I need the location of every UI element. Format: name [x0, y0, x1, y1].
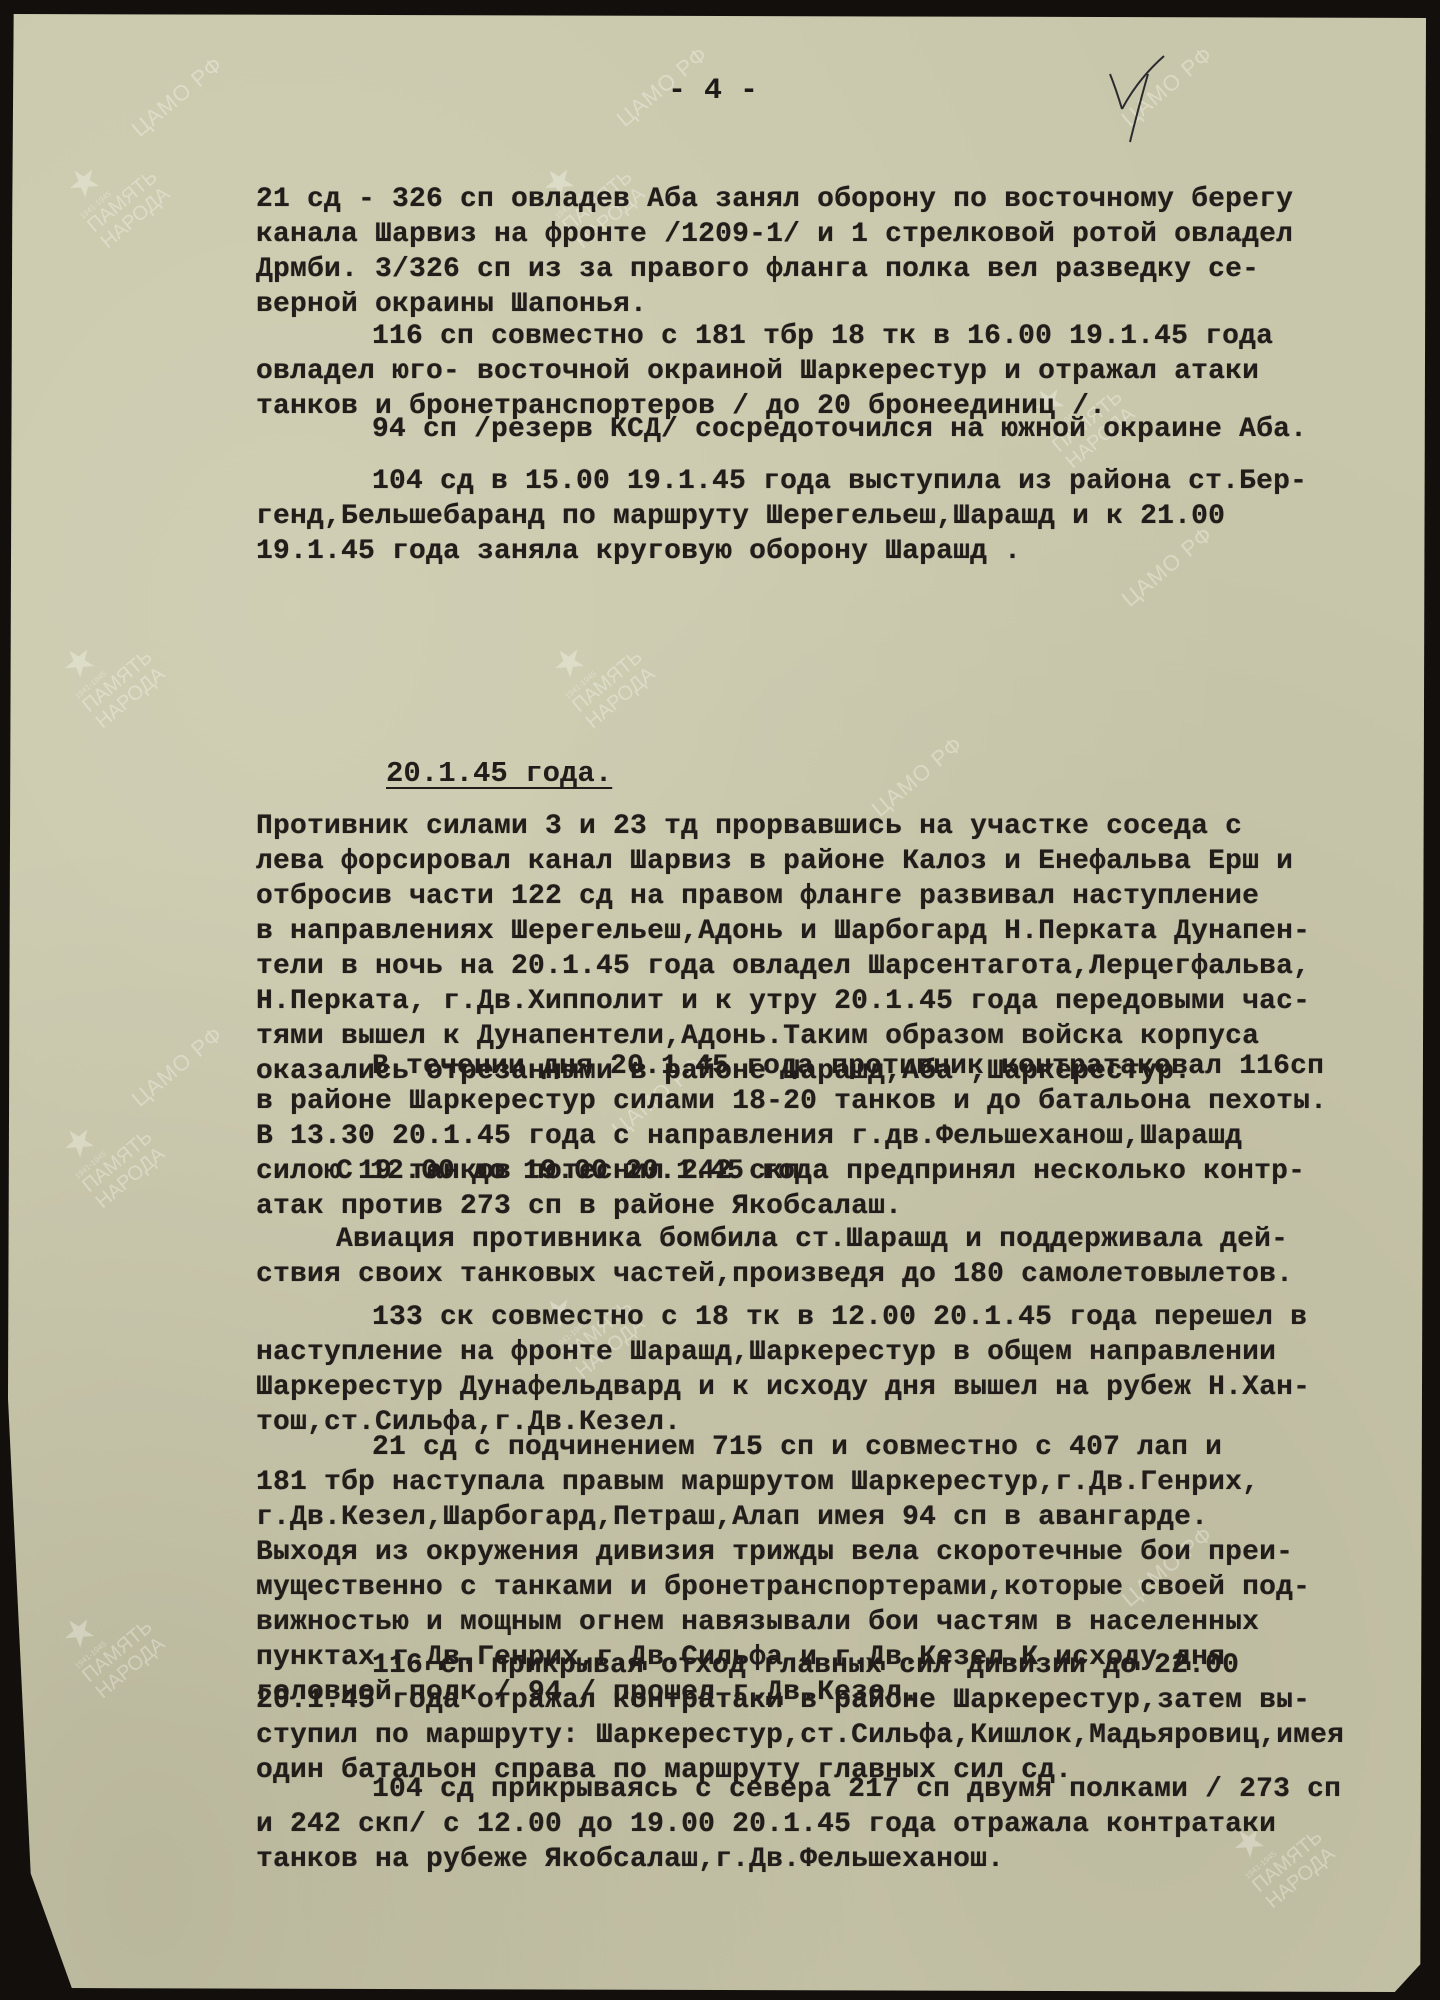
text-line: 21 сд с подчинением 715 сп и совместно с…	[372, 1432, 1222, 1463]
watermark-line2: НАРОДА	[582, 663, 659, 733]
paragraph-enemy-breakthrough: Противник силами 3 и 23 тд прорвавшись н…	[256, 809, 1416, 1089]
text-line: танков на рубеже Якобсалаш,г.Дв.Фельшеха…	[256, 1844, 1004, 1875]
paragraph-21sd: 21 сд - 326 сп овладев Аба занял оборону…	[256, 182, 1416, 322]
paragraph-94sp: 94 сп /резерв КСД/ сосредоточился на южн…	[256, 412, 1416, 447]
text-line: тями вышел к Дунапентели,Адонь.Таким обр…	[256, 1021, 1259, 1052]
watermark-years: 1941-1945	[74, 1610, 144, 1671]
watermark-camo: ЦАМО РФ	[868, 733, 967, 821]
watermark-line1: ПАМЯТЬ	[78, 1126, 157, 1197]
text-line: и 242 скп/ с 12.00 до 19.00 20.1.45 года…	[256, 1809, 1276, 1840]
text-line: 116 сп прикрывая отход главных сил дивиз…	[372, 1650, 1239, 1681]
star-icon: ★	[54, 1580, 138, 1660]
watermark-pamyat-naroda: ★ 1941-1945 ПАМЯТЬ НАРОДА	[53, 130, 176, 253]
text-line: В 13.30 20.1.45 года с направления г.дв.…	[256, 1121, 1242, 1152]
handwritten-check-mark-icon	[1108, 54, 1168, 144]
text-line: 94 сп /резерв КСД/ сосредоточился на южн…	[372, 414, 1307, 445]
text-line: 104 сд прикрываясь с севера 217 сп двумя…	[372, 1774, 1341, 1805]
watermark-line2: НАРОДА	[97, 183, 174, 253]
text-line: тели в ночь на 20.1.45 года овладел Шарс…	[256, 951, 1310, 982]
text-line: верной окраины Шапонья.	[256, 289, 647, 320]
date-heading: 20.1.45 года.	[386, 757, 612, 790]
watermark-line2: НАРОДА	[92, 1143, 169, 1213]
watermark-line1: ПАМЯТЬ	[568, 646, 647, 717]
watermark-pamyat-naroda: ★ 1941-1945 ПАМЯТЬ НАРОДА	[48, 610, 171, 733]
text-line: в направлениях Шерегельеш,Адонь и Шарбог…	[256, 916, 1310, 947]
watermark-years: 1941-1945	[74, 640, 144, 701]
text-line: 20.1.45 года отражал контратаки в районе…	[256, 1685, 1310, 1716]
text-line: С 12.00 до 19.00 20.1.45 года предпринял…	[336, 1156, 1305, 1187]
star-icon: ★	[54, 1090, 138, 1170]
watermark-line1: ПАМЯТЬ	[83, 166, 162, 237]
text-line: в районе Шаркерестур силами 18-20 танков…	[256, 1086, 1327, 1117]
paragraph-aviation: Авиация противника бомбила ст.Шарашд и п…	[256, 1222, 1416, 1292]
text-line: В течении дня 20.1.45 года противник кон…	[372, 1051, 1324, 1082]
paragraph-133sk: 133 ск совместно с 18 тк в 12.00 20.1.45…	[256, 1300, 1416, 1440]
watermark-camo: ЦАМО РФ	[128, 1023, 227, 1111]
watermark-line1: ПАМЯТЬ	[78, 1616, 157, 1687]
text-line: наступление на фронте Шарашд,Шаркерестур…	[256, 1337, 1276, 1368]
text-line: мущественно с танками и бронетранспортер…	[256, 1572, 1310, 1603]
text-line: Выходя из окружения дивизия трижды вела …	[256, 1537, 1293, 1568]
paragraph-116sp: 116 сп совместно с 181 тбр 18 тк в 16.00…	[256, 319, 1416, 424]
text-line: ствия своих танковых частей,произведя до…	[256, 1259, 1293, 1290]
watermark-years: 1941-1945	[74, 1120, 144, 1181]
document-page: ЦАМО РФ ЦАМО РФ ЦАМО РФ ЦАМО РФ ЦАМО РФ …	[8, 14, 1426, 1992]
watermark-pamyat-naroda: ★ 1941-1945 ПАМЯТЬ НАРОДА	[48, 1090, 171, 1213]
text-line: вижностью и мощным огнем навязывали бои …	[256, 1607, 1259, 1638]
text-line: 181 тбр наступала правым маршрутом Шарке…	[256, 1467, 1259, 1498]
text-line: атак против 273 сп в районе Якобсалаш.	[256, 1191, 902, 1222]
text-line: генд,Бельшебаранд по маршруту Шерегельеш…	[256, 501, 1225, 532]
text-line: ступил по маршруту: Шаркерестур,ст.Сильф…	[256, 1720, 1344, 1751]
text-line: Противник силами 3 и 23 тд прорвавшись н…	[256, 811, 1242, 842]
paragraph-104sd: 104 сд в 15.00 19.1.45 года выступила из…	[256, 464, 1416, 569]
watermark-line1: ПАМЯТЬ	[78, 646, 157, 717]
text-line: канала Шарвиз на фронте /1209-1/ и 1 стр…	[256, 219, 1293, 250]
star-icon: ★	[54, 610, 138, 690]
watermark-pamyat-naroda: ★ 1941-1945 ПАМЯТЬ НАРОДА	[538, 610, 661, 733]
watermark-line2: НАРОДА	[92, 663, 169, 733]
text-line: Дрмби. 3/326 сп из за правого фланга пол…	[256, 254, 1259, 285]
text-line: 133 ск совместно с 18 тк в 12.00 20.1.45…	[372, 1302, 1307, 1333]
text-line: 116 сп совместно с 181 тбр 18 тк в 16.00…	[372, 321, 1273, 352]
text-line: лева форсировал канал Шарвиз в районе Ка…	[256, 846, 1293, 877]
text-line: 104 сд в 15.00 19.1.45 года выступила из…	[372, 466, 1307, 497]
watermark-pamyat-naroda: ★ 1941-1945 ПАМЯТЬ НАРОДА	[48, 1580, 171, 1703]
text-line: Шаркерестур Дунафельдвард и к исходу дня…	[256, 1372, 1310, 1403]
watermark-years: 1941-1945	[79, 160, 149, 221]
text-line: Н.Перката, г.Дв.Хипполит и к утру 20.1.4…	[256, 986, 1310, 1017]
text-line: Авиация противника бомбила ст.Шарашд и п…	[336, 1224, 1288, 1255]
page-number: - 4 -	[668, 74, 758, 108]
paragraph-104sd-defense: 104 сд прикрываясь с севера 217 сп двумя…	[256, 1772, 1416, 1877]
watermark-camo: ЦАМО РФ	[128, 53, 227, 141]
watermark-years: 1941-1945	[564, 640, 634, 701]
star-icon: ★	[59, 130, 143, 210]
text-line: 19.1.45 года заняла круговую оборону Шар…	[256, 536, 1021, 567]
text-line: 21 сд - 326 сп овладев Аба занял оборону…	[256, 184, 1293, 215]
watermark-line2: НАРОДА	[92, 1633, 169, 1703]
star-icon: ★	[544, 610, 628, 690]
paragraph-116sp-withdrawal: 116 сп прикрывая отход главных сил дивиз…	[256, 1648, 1416, 1788]
paragraph-multiple-counterattacks: С 12.00 до 19.00 20.1.45 года предпринял…	[256, 1154, 1416, 1224]
text-line: отбросив части 122 сд на правом фланге р…	[256, 881, 1259, 912]
text-line: овладел юго- восточной окраиной Шаркерес…	[256, 356, 1259, 387]
text-line: г.Дв.Кезел,Шарбогард,Петраш,Алап имея 94…	[256, 1502, 1208, 1533]
